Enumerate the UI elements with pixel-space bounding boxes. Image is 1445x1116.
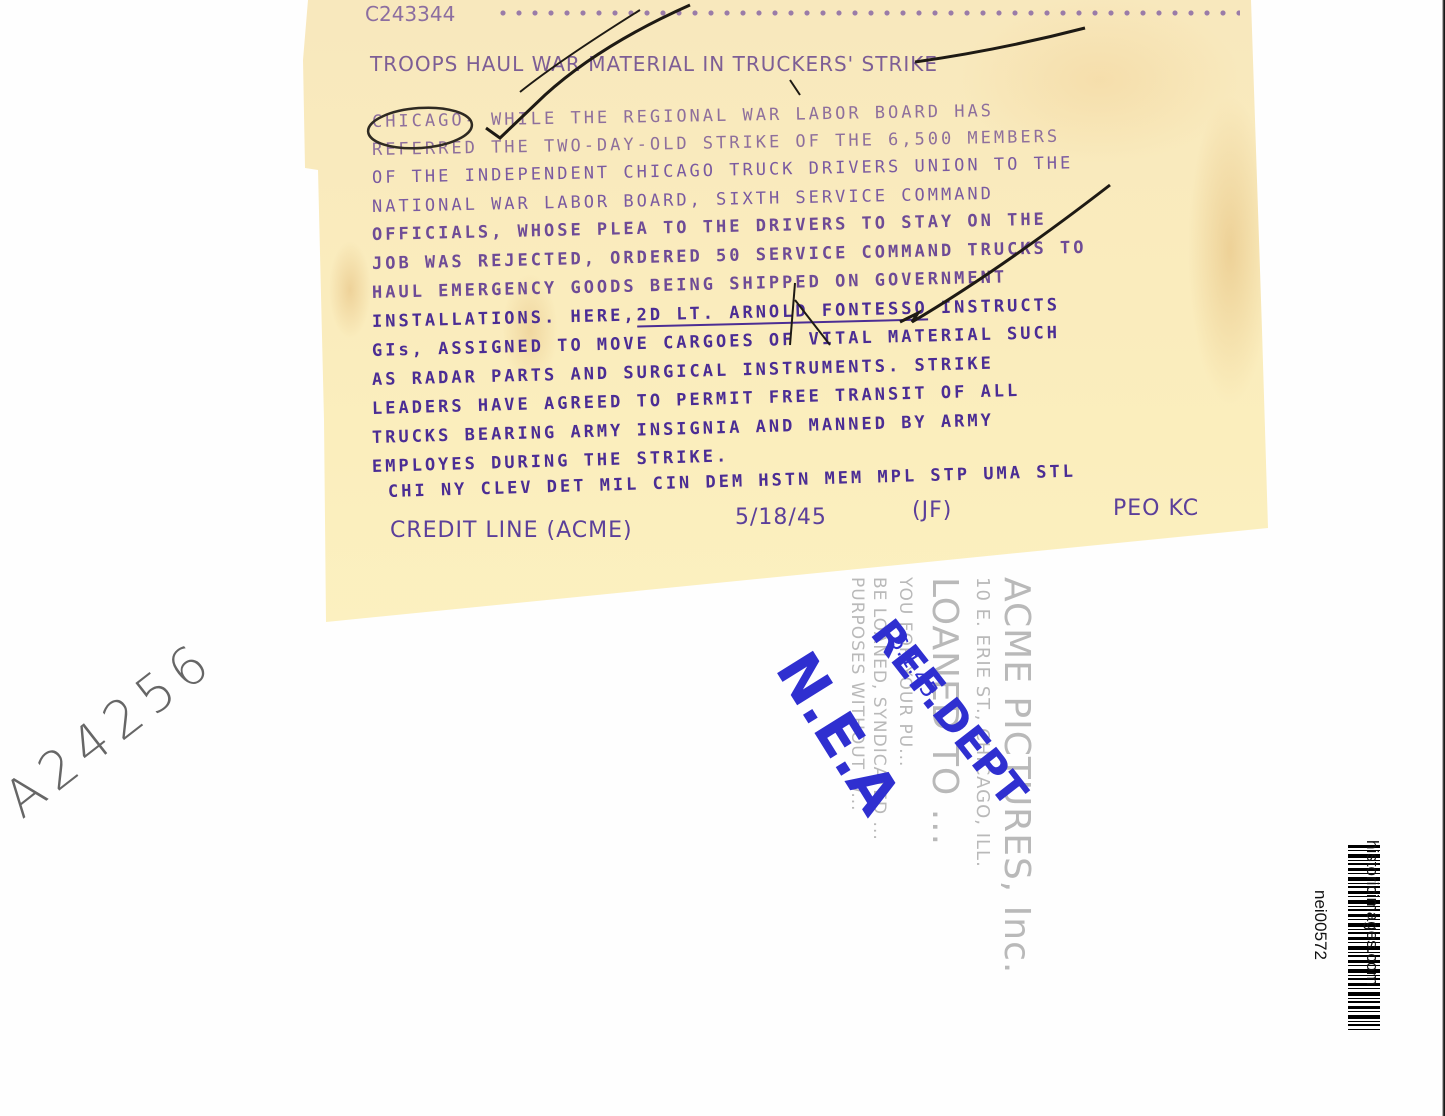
caption-initials: (JF) (912, 498, 952, 523)
dotted-rule (495, 8, 1240, 18)
caption-line-8-end: INSTRUCTS (927, 295, 1060, 318)
barcode-site: historicimages.com (1362, 840, 1382, 986)
credit-line: CREDIT LINE (ACME) (390, 518, 633, 543)
caption-date: 5/18/45 (735, 505, 827, 530)
barcode-item-id: nei00572 (1310, 890, 1330, 960)
distribution-line-2: PEO KC (1113, 496, 1199, 521)
caption-headline: TROOPS HAUL WAR MATERIAL IN TRUCKERS' ST… (370, 52, 938, 76)
caption-code: C243344 (365, 2, 455, 26)
